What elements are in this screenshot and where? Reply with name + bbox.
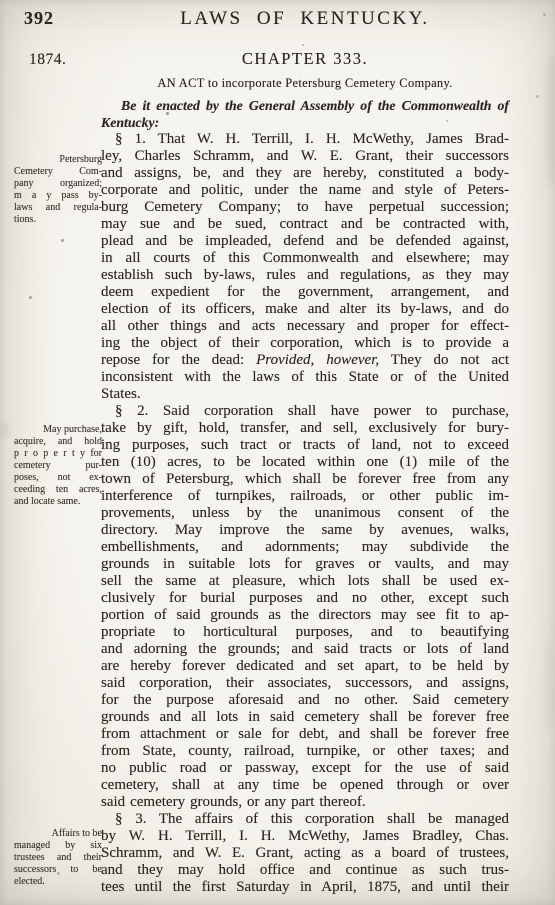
- scan-speck: [57, 872, 60, 875]
- scan-speck: [446, 120, 448, 122]
- text-line: § 3. The affairs of this corporation sha…: [101, 811, 509, 828]
- text-line: p r o p e r t y for: [14, 448, 102, 460]
- scan-speck: [61, 239, 64, 242]
- text-line: cemetery pur-: [14, 460, 102, 472]
- text-line: managed by six: [14, 840, 102, 852]
- text-line: laws and regula-: [14, 202, 102, 214]
- margin-note-property: May purchase,acquire, and holdp r o p e …: [14, 424, 102, 508]
- scan-smudge: [547, 55, 554, 185]
- text-line: for the purpose aforesaid and no other. …: [101, 692, 509, 709]
- scan-speck: [543, 13, 546, 16]
- scanned-page: 392 LAWS OF KENTUCKY. 1874. CHAPTER 333.…: [0, 0, 555, 905]
- text-line: town of Petersburg, which shall be forev…: [101, 471, 509, 488]
- text-line: plead and be impleaded, defend and be de…: [101, 233, 509, 250]
- section-1: § 1. That W. H. Terrill, I. H. McWethy, …: [101, 131, 509, 403]
- text-line: said corporation, their associates, succ…: [101, 675, 509, 692]
- text-line: ten (10) acres, to be located within one…: [101, 454, 509, 471]
- text-line: acquire, and hold: [14, 436, 102, 448]
- text-line: election of its officers, make and alter…: [101, 301, 509, 318]
- text-line: elected.: [14, 876, 102, 888]
- text-line: by W. H. Terrill, I. H. McWethy, James B…: [101, 828, 509, 845]
- text-line: May purchase,: [14, 424, 102, 436]
- text-line: clusively for burial purposes and no oth…: [101, 590, 509, 607]
- text-line: portion of said grounds as the directors…: [101, 607, 509, 624]
- scan-smudge: [0, 422, 9, 438]
- text-line: Be it enacted by the General Assembly of…: [101, 97, 509, 114]
- text-line: interference of turnpikes, railroads, or…: [101, 488, 509, 505]
- text-line: all other things and acts necessary and …: [101, 318, 509, 335]
- text-line: may sue and be sued, contract and be con…: [101, 216, 509, 233]
- text-line: provements, unless by the unanimous cons…: [101, 505, 509, 522]
- text-line: and locate same.: [14, 496, 102, 508]
- text-line: inconsistent with the laws of this State…: [101, 369, 509, 386]
- text-line: and adorning the grounds; and said tract…: [101, 641, 509, 658]
- margin-note-trustees: Affairs to bemanaged by sixtrustees and …: [14, 828, 102, 888]
- text-line: ceeding ten acres,: [14, 484, 102, 496]
- text-line: States.: [101, 386, 509, 403]
- scan-speck: [166, 112, 169, 115]
- text-line: tions.: [14, 214, 102, 226]
- text-line: and they may hold office and continue as…: [101, 862, 509, 879]
- text-line: from State, county, railroad, turnpike, …: [101, 743, 509, 760]
- text-line: ing purposes, such tract or tracts of la…: [101, 437, 509, 454]
- text-line: pany organized;: [14, 178, 102, 190]
- text-line: Cemetery Com-: [14, 166, 102, 178]
- scan-smudge: [546, 640, 552, 730]
- text-line: are hereby forever dedicated and set apa…: [101, 658, 509, 675]
- text-line: propriate to horticultural purposes, and…: [101, 624, 509, 641]
- text-line: directory. May improve the same by avenu…: [101, 522, 509, 539]
- text-line: poses, not ex-: [14, 472, 102, 484]
- text-line: Affairs to be: [14, 828, 102, 840]
- text-line: establish such by-laws, rules and regula…: [101, 267, 509, 284]
- running-head: LAWS OF KENTUCKY.: [101, 8, 509, 30]
- text-line: ley, Charles Schramm, and W. E. Grant, t…: [101, 148, 509, 165]
- text-line: Schramm, and W. E. Grant, acting as a bo…: [101, 845, 509, 862]
- text-line: m a y pass by-: [14, 190, 102, 202]
- year-label: 1874.: [29, 51, 66, 69]
- chapter-heading: CHAPTER 333.: [101, 49, 509, 69]
- text-line: cemetery, shall at any time be opened th…: [101, 777, 509, 794]
- text-line: § 1. That W. H. Terrill, I. H. McWethy, …: [101, 131, 509, 148]
- text-line: repose for the dead: Provided, however, …: [101, 352, 509, 369]
- section-3: § 3. The affairs of this corporation sha…: [101, 811, 509, 896]
- scan-speck: [536, 95, 539, 98]
- text-line: corporate and politic, under the name an…: [101, 182, 509, 199]
- act-title: AN ACT to incorporate Petersburg Cemeter…: [101, 76, 509, 91]
- text-line: no public road or passway, except for th…: [101, 760, 509, 777]
- text-line: said cemetery grounds, or any part there…: [101, 794, 509, 811]
- text-line: grounds in suitable lots for graves or v…: [101, 556, 509, 573]
- scan-speck: [302, 44, 304, 46]
- text-line: § 2. Said corporation shall have power t…: [101, 403, 509, 420]
- text-line: ing the object of their corporation, whi…: [101, 335, 509, 352]
- text-line: embellishments, and adornments; may subd…: [101, 539, 509, 556]
- text-line: in all courts of this Commonwealth and e…: [101, 250, 509, 267]
- text-line: tees until the first Saturday in April, …: [101, 879, 509, 896]
- text-line: Petersburg: [14, 154, 102, 166]
- text-line: deem expedient for the government, arran…: [101, 284, 509, 301]
- margin-note-organized: PetersburgCemetery Com-pany organized;m …: [14, 154, 102, 226]
- page-number: 392: [24, 8, 54, 29]
- text-line: take by gift, hold, transfer, and sell, …: [101, 420, 509, 437]
- text-line: sell the same at pleasure, which lots sh…: [101, 573, 509, 590]
- text-line: and assigns, be, and they are hereby, co…: [101, 165, 509, 182]
- scan-speck: [29, 296, 32, 299]
- enacting-clause: Be it enacted by the General Assembly of…: [101, 97, 509, 131]
- text-line: Kentucky:: [101, 114, 509, 131]
- text-line: grounds and all lots in said cemetery sh…: [101, 709, 509, 726]
- section-2: § 2. Said corporation shall have power t…: [101, 403, 509, 811]
- statute-sections: § 1. That W. H. Terrill, I. H. McWethy, …: [101, 131, 509, 896]
- italic-phrase: Provided, however,: [256, 352, 379, 368]
- text-line: burg Cemetery Company; to have perpetual…: [101, 199, 509, 216]
- text-line: from attachment or sale for debt, and sh…: [101, 726, 509, 743]
- text-line: trustees and their: [14, 852, 102, 864]
